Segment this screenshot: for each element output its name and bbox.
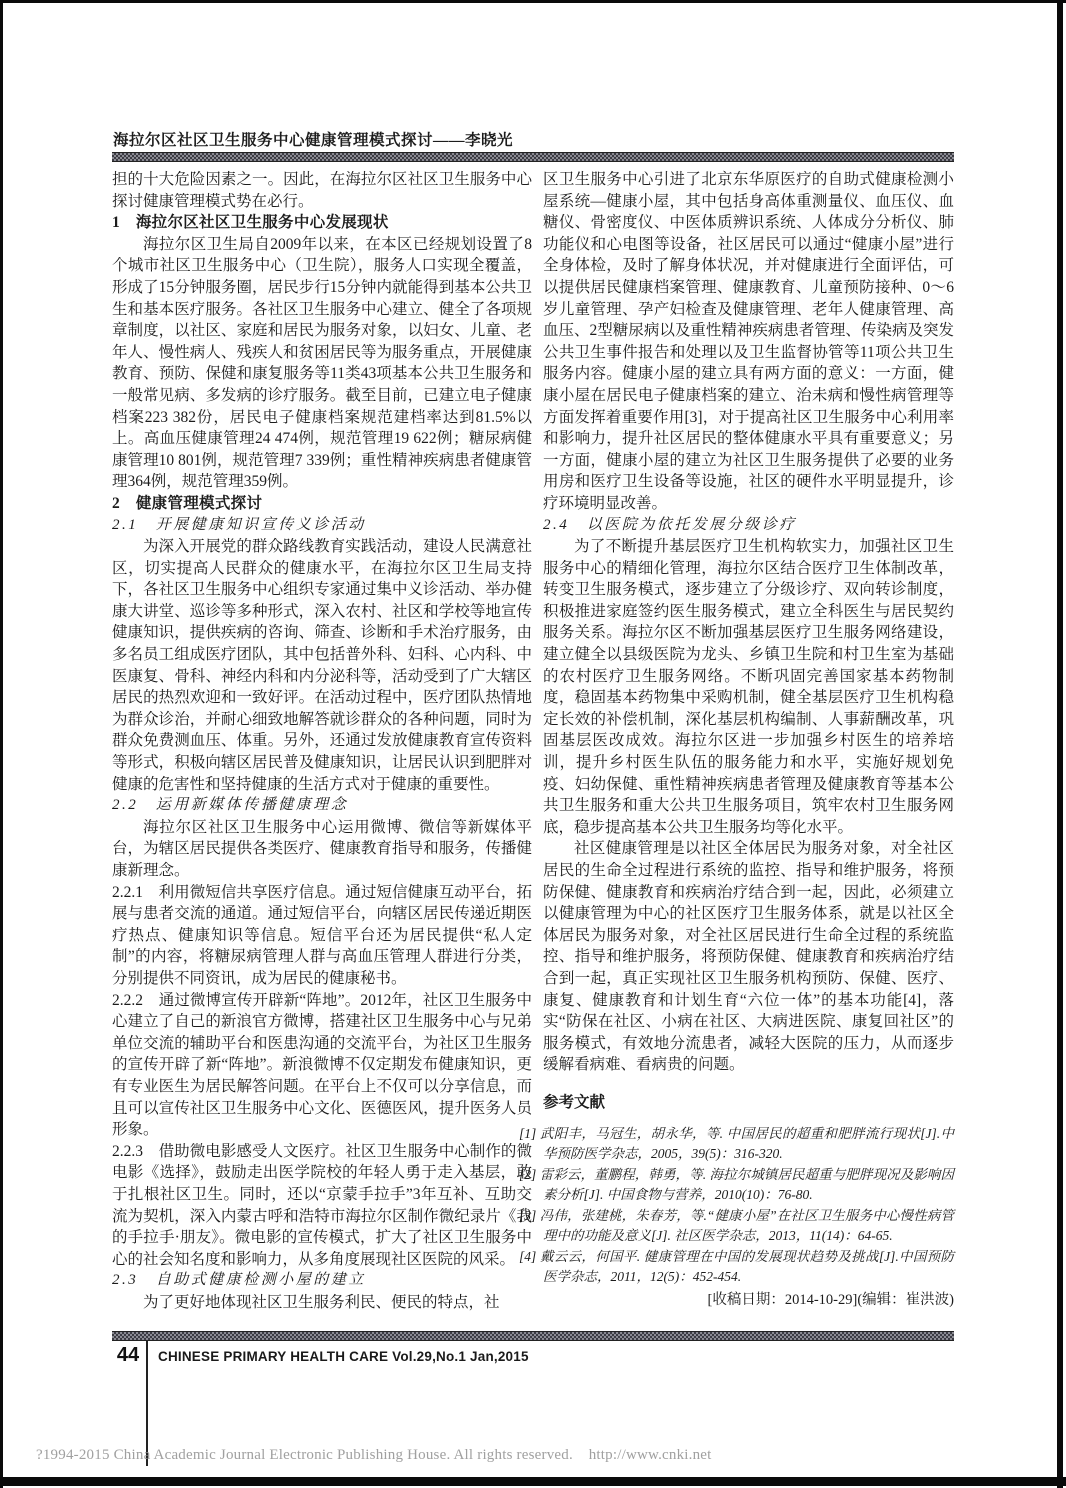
left-column: 担的十大危险因素之一。因此，在海拉尔区社区卫生服务中心探讨健康管理模式势在必行。…: [112, 169, 532, 1313]
summary-paragraph: 社区健康管理是以社区全体居民为服务对象，对全社区居民的生命全过程进行系统的监控、…: [543, 838, 954, 1076]
reference-item: [2] 雷彩云，董鹏程，韩勇，等. 海拉尔城镇居民超重与肥胖现况及影响因素分析[…: [543, 1165, 954, 1205]
page-border-left: [0, 0, 3, 1488]
page-border-top: [0, 0, 1066, 3]
page-border-right: [1057, 0, 1063, 1488]
section-2-2-2-paragraph: 2.2.2 通过微博宣传开辟新“阵地”。2012年，社区卫生服务中心建立了自己的…: [112, 990, 532, 1141]
section-2-2-1-paragraph: 2.2.1 利用微短信共享医疗信息。通过短信健康互动平台，拓展与患者交流的通道。…: [112, 882, 532, 990]
section-2-2-heading: 2.2 运用新媒体传播健康理念: [112, 795, 532, 817]
section-2-2-3-paragraph: 2.2.3 借助微电影感受人文医疗。社区卫生服务中心制作的微电影《选择》，鼓励走…: [112, 1141, 532, 1271]
right-column: 区卫生服务中心引进了北京东华原医疗的自助式健康检测小屋系统—健康小屋，其中包括身…: [543, 169, 954, 1311]
running-header-title: 海拉尔区社区卫生服务中心健康管理模式探讨——李晓光: [113, 128, 955, 150]
section-2-3-paragraph-start: 为了更好地体现社区卫生服务利民、便民的特点，社: [112, 1292, 532, 1314]
received-date-line: [收稿日期：2014-10-29](编辑：崔洪波): [543, 1290, 954, 1312]
section-2-1-heading: 2.1 开展健康知识宣传义诊活动: [112, 515, 532, 537]
footer-rule: [112, 1331, 954, 1341]
section-1-paragraph: 海拉尔区卫生局自2009年以来，在本区已经规划设置了8个城市社区卫生服务中心（卫…: [112, 234, 532, 493]
section-1-heading: 1 海拉尔区社区卫生服务中心发展现状: [112, 212, 532, 234]
section-2-1-paragraph: 为深入开展党的群众路线教育实践活动，建设人民满意社区，切实提高人民群众的健康水平…: [112, 536, 532, 795]
references-heading: 参考文献: [543, 1092, 954, 1114]
section-2-3-heading: 2.3 自助式健康检测小屋的建立: [112, 1270, 532, 1292]
journal-footer-line: CHINESE PRIMARY HEALTH CARE Vol.29,No.1 …: [158, 1349, 529, 1364]
page-number: 44: [114, 1344, 142, 1367]
section-2-4-paragraph: 为了不断提升基层医疗卫生机构软实力，加强社区卫生服务中心的精细化管理，海拉尔区结…: [543, 536, 954, 838]
page-border-bottom: [0, 1477, 1066, 1486]
reference-item: [3] 冯伟，张建桃，朱春芳，等.“健康小屋”在社区卫生服务中心慢性病管理中的功…: [543, 1206, 954, 1246]
journal-page: 海拉尔区社区卫生服务中心健康管理模式探讨——李晓光 担的十大危险因素之一。因此，…: [0, 0, 1066, 1488]
copyright-line: ?1994-2015 China Academic Journal Electr…: [36, 1447, 1036, 1464]
section-2-3-paragraph-continuation: 区卫生服务中心引进了北京东华原医疗的自助式健康检测小屋系统—健康小屋，其中包括身…: [543, 169, 954, 515]
reference-item: [4] 戴云云，何国平. 健康管理在中国的发展现状趋势及挑战[J].中国预防医学…: [543, 1247, 954, 1287]
intro-continuation-paragraph: 担的十大危险因素之一。因此，在海拉尔区社区卫生服务中心探讨健康管理模式势在必行。: [112, 169, 532, 212]
section-2-4-heading: 2.4 以医院为依托发展分级诊疗: [543, 515, 954, 537]
reference-item: [1] 武阳丰，马冠生，胡永华，等. 中国居民的超重和肥胖流行现状[J].中华预…: [543, 1124, 954, 1164]
section-2-heading: 2 健康管理模式探讨: [112, 493, 532, 515]
header-rule: [112, 152, 954, 162]
section-2-2-paragraph: 海拉尔区社区卫生服务中心运用微博、微信等新媒体平台，为辖区居民提供各类医疗、健康…: [112, 817, 532, 882]
references-list: [1] 武阳丰，马冠生，胡永华，等. 中国居民的超重和肥胖流行现状[J].中华预…: [543, 1124, 954, 1287]
